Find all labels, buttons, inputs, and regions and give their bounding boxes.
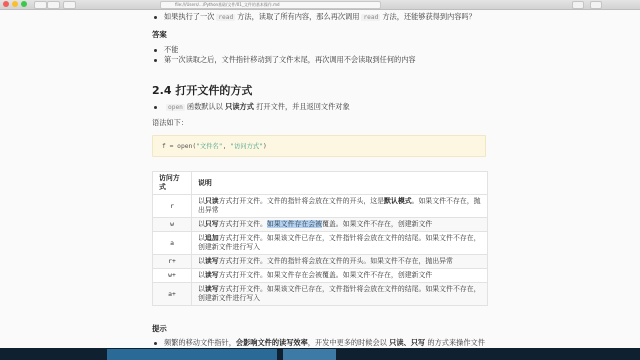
- background-window: [283, 349, 336, 360]
- inline-code-read: read: [361, 14, 380, 21]
- description-cell: 以只读方式打开文件。文件的指针将会放在文件的开头，这是默认模式。如果文件不存在，…: [192, 195, 488, 218]
- header-description: 说明: [192, 172, 488, 195]
- browser-toolbar: file:///Users/.../Python基础/文件/01_文件的基本操作…: [0, 0, 640, 10]
- code-block: f = open("文件名", "访问方式"): [152, 135, 486, 157]
- forward-button[interactable]: [47, 1, 60, 9]
- description-cell: 以只写方式打开文件。如果文件存在会被覆盖。如果文件不存在，创建新文件: [192, 218, 488, 232]
- table-row: r+ 以读写方式打开文件。文件的指针将会放在文件的开头。如果文件不存在，抛出异常: [153, 255, 488, 269]
- mode-cell: a+: [153, 283, 192, 306]
- mode-cell: w: [153, 218, 192, 232]
- section-heading: 2.4 打开文件的方式: [152, 82, 252, 98]
- description-cell: 以读写方式打开文件。如果文件存在会被覆盖。如果文件不存在，创建新文件: [192, 269, 488, 283]
- table-row: w+ 以读写方式打开文件。如果文件存在会被覆盖。如果文件不存在，创建新文件: [153, 269, 488, 283]
- background-window: [107, 349, 277, 360]
- minimize-window-icon[interactable]: [12, 1, 18, 7]
- description-cell: 以读写方式打开文件。如果该文件已存在，文件指针将会放在文件的结尾。如果文件不存在…: [192, 283, 488, 306]
- tip-bullet: 频繁的移动文件指针，会影响文件的读写效率，开发中更多的时候会以 只读、只写 的方…: [152, 338, 504, 348]
- syntax-label: 语法如下：: [152, 118, 188, 128]
- mode-cell: w+: [153, 269, 192, 283]
- page-content: 如果执行了一次read方法，读取了所有内容，那么再次调用read方法，还能够获得…: [0, 10, 640, 348]
- answer-item: 第一次读取之后，文件指针移动到了文件末尾，再次调用不会读取到任何的内容: [152, 55, 500, 65]
- question-bullet: 如果执行了一次read方法，读取了所有内容，那么再次调用read方法，还能够获得…: [152, 12, 500, 23]
- table-header-row: 访问方式 说明: [153, 172, 488, 195]
- tip-heading: 提示: [152, 323, 167, 334]
- back-button[interactable]: [34, 1, 47, 9]
- description-cell: 以追加方式打开文件。如果该文件已存在，文件指针将会放在文件的结尾。如果文件不存在…: [192, 232, 488, 255]
- mode-cell: a: [153, 232, 192, 255]
- tabs-button[interactable]: [590, 1, 602, 9]
- answer-heading: 答案: [152, 29, 167, 40]
- text-selection[interactable]: 如果文件存在会被: [267, 220, 322, 228]
- mode-cell: r+: [153, 255, 192, 269]
- inline-code-open: open: [166, 104, 185, 111]
- maximize-window-icon[interactable]: [21, 1, 27, 7]
- share-button[interactable]: [572, 1, 584, 9]
- table-row: a+ 以读写方式打开文件。如果该文件已存在，文件指针将会放在文件的结尾。如果文件…: [153, 283, 488, 306]
- mode-cell: r: [153, 195, 192, 218]
- inline-code-read: read: [216, 14, 235, 21]
- address-bar[interactable]: file:///Users/.../Python基础/文件/01_文件的基本操作…: [160, 1, 381, 9]
- table-row: w 以只写方式打开文件。如果文件存在会被覆盖。如果文件不存在，创建新文件: [153, 218, 488, 232]
- description-cell: 以读写方式打开文件。文件的指针将会放在文件的开头。如果文件不存在，抛出异常: [192, 255, 488, 269]
- open-bullet: open函数默认以 只读方式 打开文件，并且返回文件对象: [152, 102, 500, 113]
- answer-item: 不能: [152, 45, 500, 55]
- access-mode-table: 访问方式 说明 r 以只读方式打开文件。文件的指针将会放在文件的开头，这是默认模…: [152, 171, 488, 306]
- sidebar-toggle-button[interactable]: [63, 1, 76, 9]
- close-window-icon[interactable]: [3, 1, 9, 7]
- header-mode: 访问方式: [153, 172, 192, 195]
- table-row: r 以只读方式打开文件。文件的指针将会放在文件的开头，这是默认模式。如果文件不存…: [153, 195, 488, 218]
- table-row: a 以追加方式打开文件。如果该文件已存在，文件指针将会放在文件的结尾。如果文件不…: [153, 232, 488, 255]
